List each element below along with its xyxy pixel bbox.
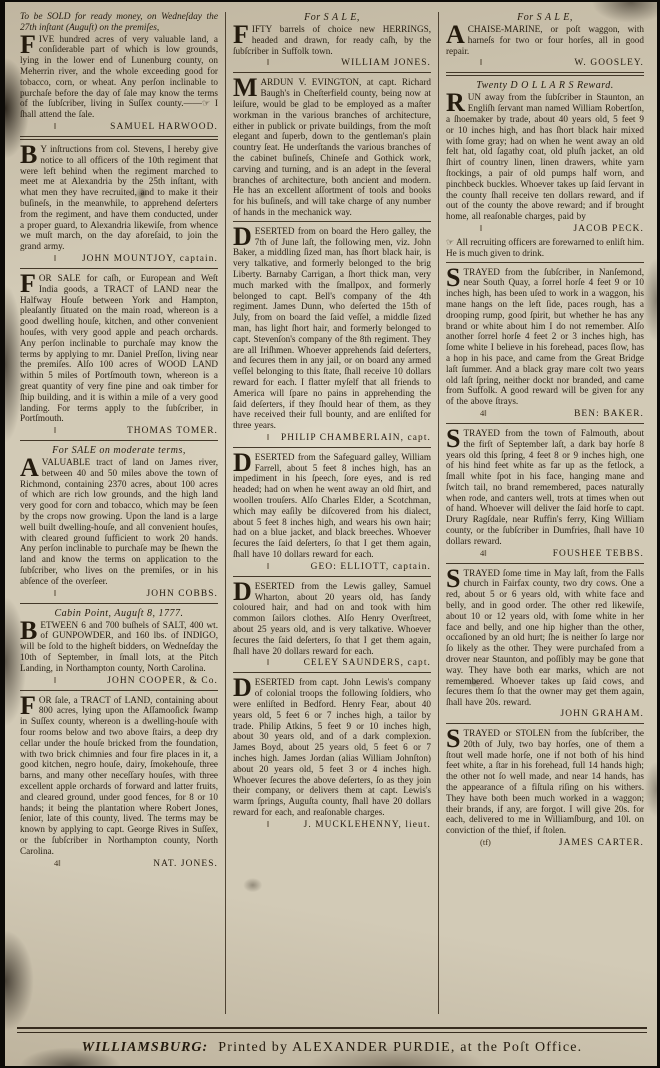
ad-body: AVALUABLE tract of land on James river, … <box>20 457 218 587</box>
ad-signature: JOHN GRAHAM. <box>446 709 644 720</box>
ad-body: STRAYED ſome time in May laſt, from the … <box>446 568 644 708</box>
ad-deserted-colonial-troops: DESERTED from capt. John Lewis's company… <box>233 677 431 830</box>
drop-cap: S <box>446 428 463 449</box>
ad-chaise-marine-sale: For S A L E, ACHAISE-MARINE, or poſt wag… <box>446 12 644 69</box>
signer-name: JOHN MOUNTJOY, captain. <box>82 254 218 265</box>
paragraph-mark: 4‖ <box>20 858 61 869</box>
signer-name: W. GOOSLEY. <box>574 58 644 69</box>
ad-divider <box>446 723 644 724</box>
ad-text: TRAYED from the town of Falmouth, about … <box>446 428 644 546</box>
drop-cap: S <box>446 267 463 288</box>
ad-herrings-sale: For S A L E, FIFTY barrels of choice new… <box>233 12 431 69</box>
drop-cap: F <box>20 273 39 294</box>
ad-body: BETWEEN 6 and 700 buſhels of SALT, 400 w… <box>20 620 218 674</box>
drop-cap: A <box>20 457 42 478</box>
imprint-place: WILLIAMSBURG: <box>82 1040 209 1055</box>
column-right: For S A L E, ACHAISE-MARINE, or poſt wag… <box>438 12 651 1014</box>
ad-land-sale-lunenburg: To be SOLD for ready money, on Wedneſday… <box>20 12 218 133</box>
paragraph-mark: ‖ <box>20 675 56 686</box>
ad-signature: ‖SAMUEL HARWOOD. <box>20 121 218 133</box>
drop-cap: F <box>20 34 39 55</box>
ad-signature: ‖GEO: ELLIOTT, captain. <box>233 561 431 573</box>
ad-text: ETWEEN 6 and 700 buſhels of SALT, 400 wt… <box>20 620 218 673</box>
ad-evington-architect: MARDUN V. EVINGTON, at capt. Richard Bau… <box>233 77 431 217</box>
ad-body: DESERTED from the Lewis galley, Samuel W… <box>233 581 431 657</box>
signer-name: FOUSHEE TEBBS. <box>553 549 644 560</box>
paragraph-mark: 4‖ <box>446 408 487 419</box>
ad-divider <box>446 262 644 263</box>
ad-body: RUN away from the ſubſcriber in Staunton… <box>446 92 644 222</box>
ad-signature: ‖JACOB PECK. <box>446 223 644 235</box>
ad-text: ESERTED from capt. John Lewis's company … <box>233 677 431 817</box>
ad-text: ESERTED from the Safeguard galley, Willi… <box>233 452 431 559</box>
ad-signature: 4‖FOUSHEE TEBBS. <box>446 548 644 560</box>
drop-cap: F <box>20 695 39 716</box>
ad-body: BY inſtructions from col. Stevens, I her… <box>20 144 218 252</box>
paragraph-mark: ‖ <box>20 425 56 436</box>
ad-body: ACHAISE-MARINE, or poſt waggon, with har… <box>446 24 644 56</box>
ad-divider <box>233 221 431 222</box>
column-left: To be SOLD for ready money, on Wedneſday… <box>13 12 225 1014</box>
signer-name: PHILIP CHAMBERLAIN, capt. <box>281 433 431 444</box>
paragraph-mark: ‖ <box>233 57 269 68</box>
drop-cap: D <box>233 226 255 247</box>
ad-signature: ‖J. MUCKLEHENNY, lieut. <box>233 819 431 831</box>
paragraph-mark: ‖ <box>20 588 56 599</box>
ad-divider <box>20 690 218 691</box>
ad-signature: ‖THOMAS TOMER. <box>20 425 218 437</box>
ad-body: STRAYED from the town of Falmouth, about… <box>446 428 644 547</box>
drop-cap: S <box>446 568 463 589</box>
ad-text: Y inſtructions from col. Stevens, I here… <box>20 144 218 251</box>
ad-heading: For SALE on moderate terms, <box>20 445 218 457</box>
ad-deserted-hero-galley: DESERTED from on board the Hero galley, … <box>233 226 431 444</box>
signer-name: SAMUEL HARWOOD. <box>110 122 218 133</box>
paragraph-mark: ‖ <box>20 121 56 132</box>
signer-name: JOHN GRAHAM. <box>560 709 644 720</box>
ad-text: CHAISE-MARINE, or poſt waggon, with harn… <box>446 24 644 56</box>
ad-deserted-safeguard-galley: DESERTED from the Safeguard galley, Will… <box>233 452 431 573</box>
ad-text: ARDUN V. EVINGTON, at capt. Richard Baug… <box>233 77 431 217</box>
drop-cap: M <box>233 77 261 98</box>
ad-text: ESERTED from on board the Hero galley, t… <box>233 226 431 430</box>
ad-body: MARDUN V. EVINGTON, at capt. Richard Bau… <box>233 77 431 217</box>
signer-name: THOMAS TOMER. <box>127 426 218 437</box>
ad-runaway-servant-reward: Twenty D O L L A R S Reward. RUN away fr… <box>446 80 644 258</box>
drop-cap: B <box>20 620 40 641</box>
column-center: For S A L E, FIFTY barrels of choice new… <box>225 12 438 1014</box>
drop-cap: B <box>20 144 40 165</box>
ad-body: DESERTED from the Safeguard galley, Will… <box>233 452 431 560</box>
ad-signature: 4‖NAT. JONES. <box>20 858 218 870</box>
ad-divider <box>233 447 431 448</box>
ad-body: FOR SALE for caſh, or European and Weſt … <box>20 273 218 424</box>
ad-cabin-point-auction: Cabin Point, Auguſt 8, 1777. BETWEEN 6 a… <box>20 608 218 687</box>
ad-strayed-stolen-bay-horses: STRAYED or STOLEN from the ſubſcriber, t… <box>446 728 644 849</box>
ad-divider <box>20 268 218 269</box>
ad-signature: ‖PHILIP CHAMBERLAIN, capt. <box>233 432 431 444</box>
ad-signature: ‖W. GOOSLEY. <box>446 57 644 69</box>
ad-divider <box>446 423 644 424</box>
drop-cap: D <box>233 452 255 473</box>
ad-text: IVE hundred acres of very valuable land,… <box>20 34 218 120</box>
ad-divider <box>233 576 431 577</box>
ad-text: IFTY barrels of choice new HERRINGS, hea… <box>233 24 431 56</box>
ad-text: OR ſale, a TRACT of LAND, containing abo… <box>20 695 218 856</box>
ad-heading: To be SOLD for ready money, on Wedneſday… <box>20 12 218 34</box>
ad-sussex-plantation: FOR ſale, a TRACT of LAND, containing ab… <box>20 695 218 870</box>
ad-signature: (tf)JAMES CARTER. <box>446 837 644 849</box>
drop-cap: F <box>233 24 252 45</box>
columns-container: To be SOLD for ready money, on Wedneſday… <box>5 2 657 1014</box>
paragraph-mark: ‖ <box>233 432 269 443</box>
ad-divider <box>20 136 218 140</box>
signer-name: CELEY SAUNDERS, capt. <box>304 658 431 669</box>
ad-text: VALUABLE tract of land on James river, b… <box>20 457 218 586</box>
drop-cap: D <box>233 677 255 698</box>
ad-body: STRAYED or STOLEN from the ſubſcriber, t… <box>446 728 644 836</box>
ad-strayed-fairfax-cows: STRAYED ſome time in May laſt, from the … <box>446 568 644 720</box>
drop-cap: R <box>446 92 468 113</box>
imprint-line: WILLIAMSBURG:Printed by ALEXANDER PURDIE… <box>17 1040 647 1056</box>
ad-text: OR SALE for caſh, or European and Weſt I… <box>20 273 218 423</box>
paragraph-mark: ‖ <box>233 561 269 572</box>
ad-divider <box>446 563 644 564</box>
ad-signature: ‖CELEY SAUNDERS, capt. <box>233 657 431 669</box>
ad-body: FIFTY barrels of choice new HERRINGS, he… <box>233 24 431 56</box>
paragraph-mark: ‖ <box>20 253 56 264</box>
imprint-section: WILLIAMSBURG:Printed by ALEXANDER PURDIE… <box>17 1027 647 1056</box>
ad-signature: 4‖BEN: BAKER. <box>446 408 644 420</box>
ad-regiment-notice: BY inſtructions from col. Stevens, I her… <box>20 144 218 265</box>
signer-name: NAT. JONES. <box>153 859 218 870</box>
signer-name: GEO: ELLIOTT, captain. <box>311 562 431 573</box>
ad-body: FOR ſale, a TRACT of LAND, containing ab… <box>20 695 218 857</box>
ad-divider <box>20 603 218 604</box>
ad-divider <box>233 72 431 73</box>
ad-heading: For S A L E, <box>446 12 644 24</box>
newspaper-page: To be SOLD for ready money, on Wedneſday… <box>5 2 657 1066</box>
paragraph-mark: (tf) <box>446 837 491 848</box>
ad-tract-halfway-house: FOR SALE for caſh, or European and Weſt … <box>20 273 218 437</box>
ad-signature: ‖WILLIAM JONES. <box>233 57 431 69</box>
paragraph-mark: ‖ <box>233 819 269 830</box>
ad-strayed-nansemond-horses: STRAYED from the ſubſcriber, in Nanſemon… <box>446 267 644 420</box>
ad-body: FIVE hundred acres of very valuable land… <box>20 34 218 120</box>
ad-signature: ‖JOHN COOPER, & Co. <box>20 675 218 687</box>
ad-divider <box>20 440 218 441</box>
ad-james-river-land: For SALE on moderate terms, AVALUABLE tr… <box>20 445 218 600</box>
drop-cap: S <box>446 728 463 749</box>
ad-divider <box>233 672 431 673</box>
ad-signature: ‖JOHN MOUNTJOY, captain. <box>20 253 218 265</box>
footer-divider <box>17 1027 647 1033</box>
drop-cap: A <box>446 24 468 45</box>
paragraph-mark: ‖ <box>233 657 269 668</box>
ad-body: DESERTED from capt. John Lewis's company… <box>233 677 431 817</box>
ad-postscript: ☞ All recruiting officers are forewarned… <box>446 237 644 259</box>
signer-name: JACOB PECK. <box>574 224 644 235</box>
ad-heading: For S A L E, <box>233 12 431 24</box>
paragraph-mark: 4‖ <box>446 548 487 559</box>
imprint-text: Printed by ALEXANDER PURDIE, at the Poſt… <box>218 1040 582 1055</box>
ad-text: TRAYED ſome time in May laſt, from the F… <box>446 568 644 708</box>
signer-name: JOHN COOPER, & Co. <box>107 676 218 687</box>
ad-text: UN away from the ſubſcriber in Staunton,… <box>446 92 644 221</box>
ad-text: TRAYED from the ſubſcriber, in Nanſemond… <box>446 267 644 407</box>
ad-heading: Cabin Point, Auguſt 8, 1777. <box>20 608 218 620</box>
signer-name: WILLIAM JONES. <box>341 58 431 69</box>
signer-name: BEN: BAKER. <box>574 409 644 420</box>
signer-name: JOHN COBBS. <box>147 589 219 600</box>
ad-deserted-lewis-galley: DESERTED from the Lewis galley, Samuel W… <box>233 581 431 670</box>
ad-body: STRAYED from the ſubſcriber, in Nanſemon… <box>446 267 644 407</box>
signer-name: JAMES CARTER. <box>559 838 644 849</box>
ad-heading: Twenty D O L L A R S Reward. <box>446 80 644 92</box>
ad-body: DESERTED from on board the Hero galley, … <box>233 226 431 431</box>
ad-signature: ‖JOHN COBBS. <box>20 588 218 600</box>
ad-divider <box>446 72 644 76</box>
signer-name: J. MUCKLEHENNY, lieut. <box>304 820 431 831</box>
ad-strayed-falmouth-horse: STRAYED from the town of Falmouth, about… <box>446 428 644 560</box>
paragraph-mark: ‖ <box>446 57 482 68</box>
ad-text: ESERTED from the Lewis galley, Samuel Wh… <box>233 581 431 656</box>
ad-text: TRAYED or STOLEN from the ſubſcriber, th… <box>446 728 644 835</box>
paragraph-mark: ‖ <box>446 223 482 234</box>
drop-cap: D <box>233 581 255 602</box>
